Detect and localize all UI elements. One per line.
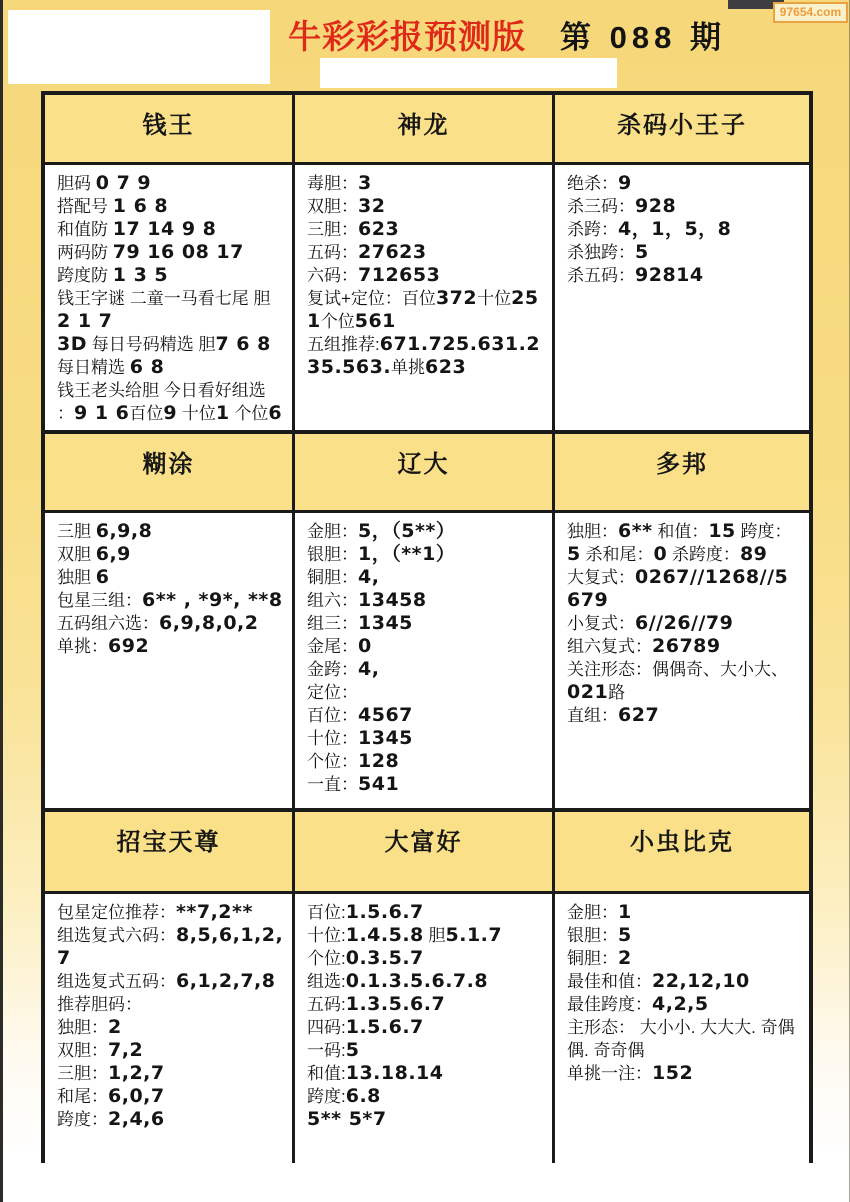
content-line: 复试+定位：百位372十位251个位561 <box>307 287 544 333</box>
cell-title: 辽大 <box>295 434 552 513</box>
content-line: 金跨：4, <box>307 658 544 681</box>
content-line: 百位：4567 <box>307 704 544 727</box>
content-line: 组选复式五码：6,1,2,7,8 <box>57 970 284 993</box>
content-line: 五码：27623 <box>307 241 544 264</box>
content-line: 杀三码：928 <box>567 195 801 218</box>
cell-content: 绝杀：9杀三码：928杀跨：4，1，5，8杀独跨：5杀五码：92814 <box>555 165 809 430</box>
content-line: 5** 5*7 <box>307 1108 544 1131</box>
content-line: 单挑：692 <box>57 635 284 658</box>
blank-box-left <box>8 10 270 84</box>
prediction-cell: 招宝天尊 包星定位推荐：**7,2**组选复式六码：8,5,6,1,2,7组选复… <box>45 812 295 1163</box>
cell-content: 百位:1.5.6.7十位:1.4.5.8 胆5.1.7个位:0.3.5.7组选:… <box>295 894 552 1163</box>
content-line: 组选:0.1.3.5.6.7.8 <box>307 970 544 993</box>
content-line: 胆码 0 7 9 <box>57 172 284 195</box>
content-line: 包星三组：6** , *9*, **8 <box>57 589 284 612</box>
content-line: 五码:1.3.5.6.7 <box>307 993 544 1016</box>
content-line: 五码组六选：6,9,8,0,2 <box>57 612 284 635</box>
content-line: 独胆：2 <box>57 1016 284 1039</box>
content-line: 十位：1345 <box>307 727 544 750</box>
content-line: 独胆：6** 和值：15 跨度：5 杀和尾：0 杀跨度：89 <box>567 520 801 566</box>
content-line: 跨度防 1 3 5 <box>57 264 284 287</box>
prediction-cell: 糊涂 三胆 6,9,8双胆 6,9独胆 6包星三组：6** , *9*, **8… <box>45 434 295 812</box>
content-line: 双胆 6,9 <box>57 543 284 566</box>
cell-title: 杀码小王子 <box>555 95 809 165</box>
content-line: 跨度:6.8 <box>307 1085 544 1108</box>
content-line: 金胆：5，（5**） <box>307 520 544 543</box>
content-line: 银胆：1，（**1） <box>307 543 544 566</box>
content-line: 毒胆：3 <box>307 172 544 195</box>
prediction-board: 钱王 胆码 0 7 9搭配号 1 6 8和值防 17 14 9 8两码防 79 … <box>41 91 813 1163</box>
content-line: 个位:0.3.5.7 <box>307 947 544 970</box>
content-line: 金胆：1 <box>567 901 801 924</box>
cell-content: 金胆：5，（5**）银胆：1，（**1）铜胆：4,组六：13458组三：1345… <box>295 513 552 808</box>
content-line: 银胆：5 <box>567 924 801 947</box>
blank-box-center <box>320 58 617 88</box>
content-line: 三胆：1,2,7 <box>57 1062 284 1085</box>
content-line: 大复式：0267//1268//5679 <box>567 566 801 612</box>
content-line: 钱王老头给胆 今日看好组选 ：9 1 6百位9 十位1 个位6 <box>57 379 284 425</box>
prediction-cell: 辽大 金胆：5，（5**）银胆：1，（**1）铜胆：4,组六：13458组三：1… <box>295 434 555 812</box>
content-line: 铜胆：2 <box>567 947 801 970</box>
prediction-cell: 神龙 毒胆：3双胆：32三胆：623五码：27623六码：712653复试+定位… <box>295 95 555 434</box>
cell-title: 钱王 <box>45 95 292 165</box>
content-line: 小复式：6//26//79 <box>567 612 801 635</box>
content-line: 杀独跨：5 <box>567 241 801 264</box>
page-left-edge <box>0 0 3 1202</box>
content-line: 搭配号 1 6 8 <box>57 195 284 218</box>
content-line: 十位:1.4.5.8 胆5.1.7 <box>307 924 544 947</box>
cell-title: 糊涂 <box>45 434 292 513</box>
cell-title: 小虫比克 <box>555 812 809 894</box>
cell-title: 多邦 <box>555 434 809 513</box>
content-line: 和尾：6,0,7 <box>57 1085 284 1108</box>
content-line: 四码:1.5.6.7 <box>307 1016 544 1039</box>
cell-content: 金胆：1银胆：5铜胆：2最佳和值：22,12,10最佳跨度：4,2,5主形态： … <box>555 894 809 1163</box>
content-line: 3D 每日号码精选 胆7 6 8每日精选 6 8 <box>57 333 284 379</box>
cell-content: 包星定位推荐：**7,2**组选复式六码：8,5,6,1,2,7组选复式五码：6… <box>45 894 292 1163</box>
content-line: 三胆：623 <box>307 218 544 241</box>
cell-title: 神龙 <box>295 95 552 165</box>
content-line: 组三：1345 <box>307 612 544 635</box>
content-line: 最佳和值：22,12,10 <box>567 970 801 993</box>
prediction-cell: 小虫比克 金胆：1银胆：5铜胆：2最佳和值：22,12,10最佳跨度：4,2,5… <box>555 812 809 1163</box>
content-line: 百位:1.5.6.7 <box>307 901 544 924</box>
content-line: 和值防 17 14 9 8 <box>57 218 284 241</box>
content-line: 个位：128 <box>307 750 544 773</box>
page-title: 牛彩彩报预测版 <box>288 18 526 55</box>
content-line: 组六复式：26789 <box>567 635 801 658</box>
cell-title: 大富好 <box>295 812 552 894</box>
issue-number: 第 088 期 <box>560 20 726 55</box>
cell-content: 三胆 6,9,8双胆 6,9独胆 6包星三组：6** , *9*, **8五码组… <box>45 513 292 808</box>
cell-title: 招宝天尊 <box>45 812 292 894</box>
content-line: 直组：627 <box>567 704 801 727</box>
content-line: 独胆 6 <box>57 566 284 589</box>
content-line: 三胆 6,9,8 <box>57 520 284 543</box>
content-line: 关注形态：偶偶奇、大小大、021路 <box>567 658 801 704</box>
content-line: 单挑一注：152 <box>567 1062 801 1085</box>
content-line: 一直：541 <box>307 773 544 796</box>
cell-content: 独胆：6** 和值：15 跨度：5 杀和尾：0 杀跨度：89大复式：0267//… <box>555 513 809 808</box>
content-line: 五组推荐:671.725.631.235.563.单挑623 <box>307 333 544 379</box>
content-line: 包星定位推荐：**7,2** <box>57 901 284 924</box>
content-line: 铜胆：4, <box>307 566 544 589</box>
watermark-badge: 97654.com <box>773 2 848 23</box>
prediction-cell: 杀码小王子 绝杀：9杀三码：928杀跨：4，1，5，8杀独跨：5杀五码：9281… <box>555 95 809 434</box>
content-line: 金尾：0 <box>307 635 544 658</box>
content-line: 组选复式六码：8,5,6,1,2,7 <box>57 924 284 970</box>
prediction-cell: 多邦 独胆：6** 和值：15 跨度：5 杀和尾：0 杀跨度：89大复式：026… <box>555 434 809 812</box>
prediction-cell: 大富好 百位:1.5.6.7十位:1.4.5.8 胆5.1.7个位:0.3.5.… <box>295 812 555 1163</box>
content-line: 主形态： 大小小. 大大大. 奇偶偶. 奇奇偶 <box>567 1016 801 1062</box>
content-line: 两码防 79 16 08 17 <box>57 241 284 264</box>
content-line: 定位： <box>307 681 544 704</box>
content-line: 跨度：2,4,6 <box>57 1108 284 1131</box>
cell-content: 毒胆：3双胆：32三胆：623五码：27623六码：712653复试+定位：百位… <box>295 165 552 430</box>
cell-content: 胆码 0 7 9搭配号 1 6 8和值防 17 14 9 8两码防 79 16 … <box>45 165 292 430</box>
content-line: 组六：13458 <box>307 589 544 612</box>
content-line: 绝杀：9 <box>567 172 801 195</box>
content-line: 双胆：32 <box>307 195 544 218</box>
content-line: 六码：712653 <box>307 264 544 287</box>
masthead: 牛彩彩报预测版第 088 期 <box>288 11 726 58</box>
prediction-cell: 钱王 胆码 0 7 9搭配号 1 6 8和值防 17 14 9 8两码防 79 … <box>45 95 295 434</box>
content-line: 一码:5 <box>307 1039 544 1062</box>
content-line: 杀跨：4，1，5，8 <box>567 218 801 241</box>
content-line: 最佳跨度：4,2,5 <box>567 993 801 1016</box>
content-line: 双胆：7,2 <box>57 1039 284 1062</box>
content-line: 和值:13.18.14 <box>307 1062 544 1085</box>
content-line: 杀五码：92814 <box>567 264 801 287</box>
content-line: 推荐胆码： <box>57 993 284 1016</box>
content-line: 钱王字谜 二童一马看七尾 胆2 1 7 <box>57 287 284 333</box>
